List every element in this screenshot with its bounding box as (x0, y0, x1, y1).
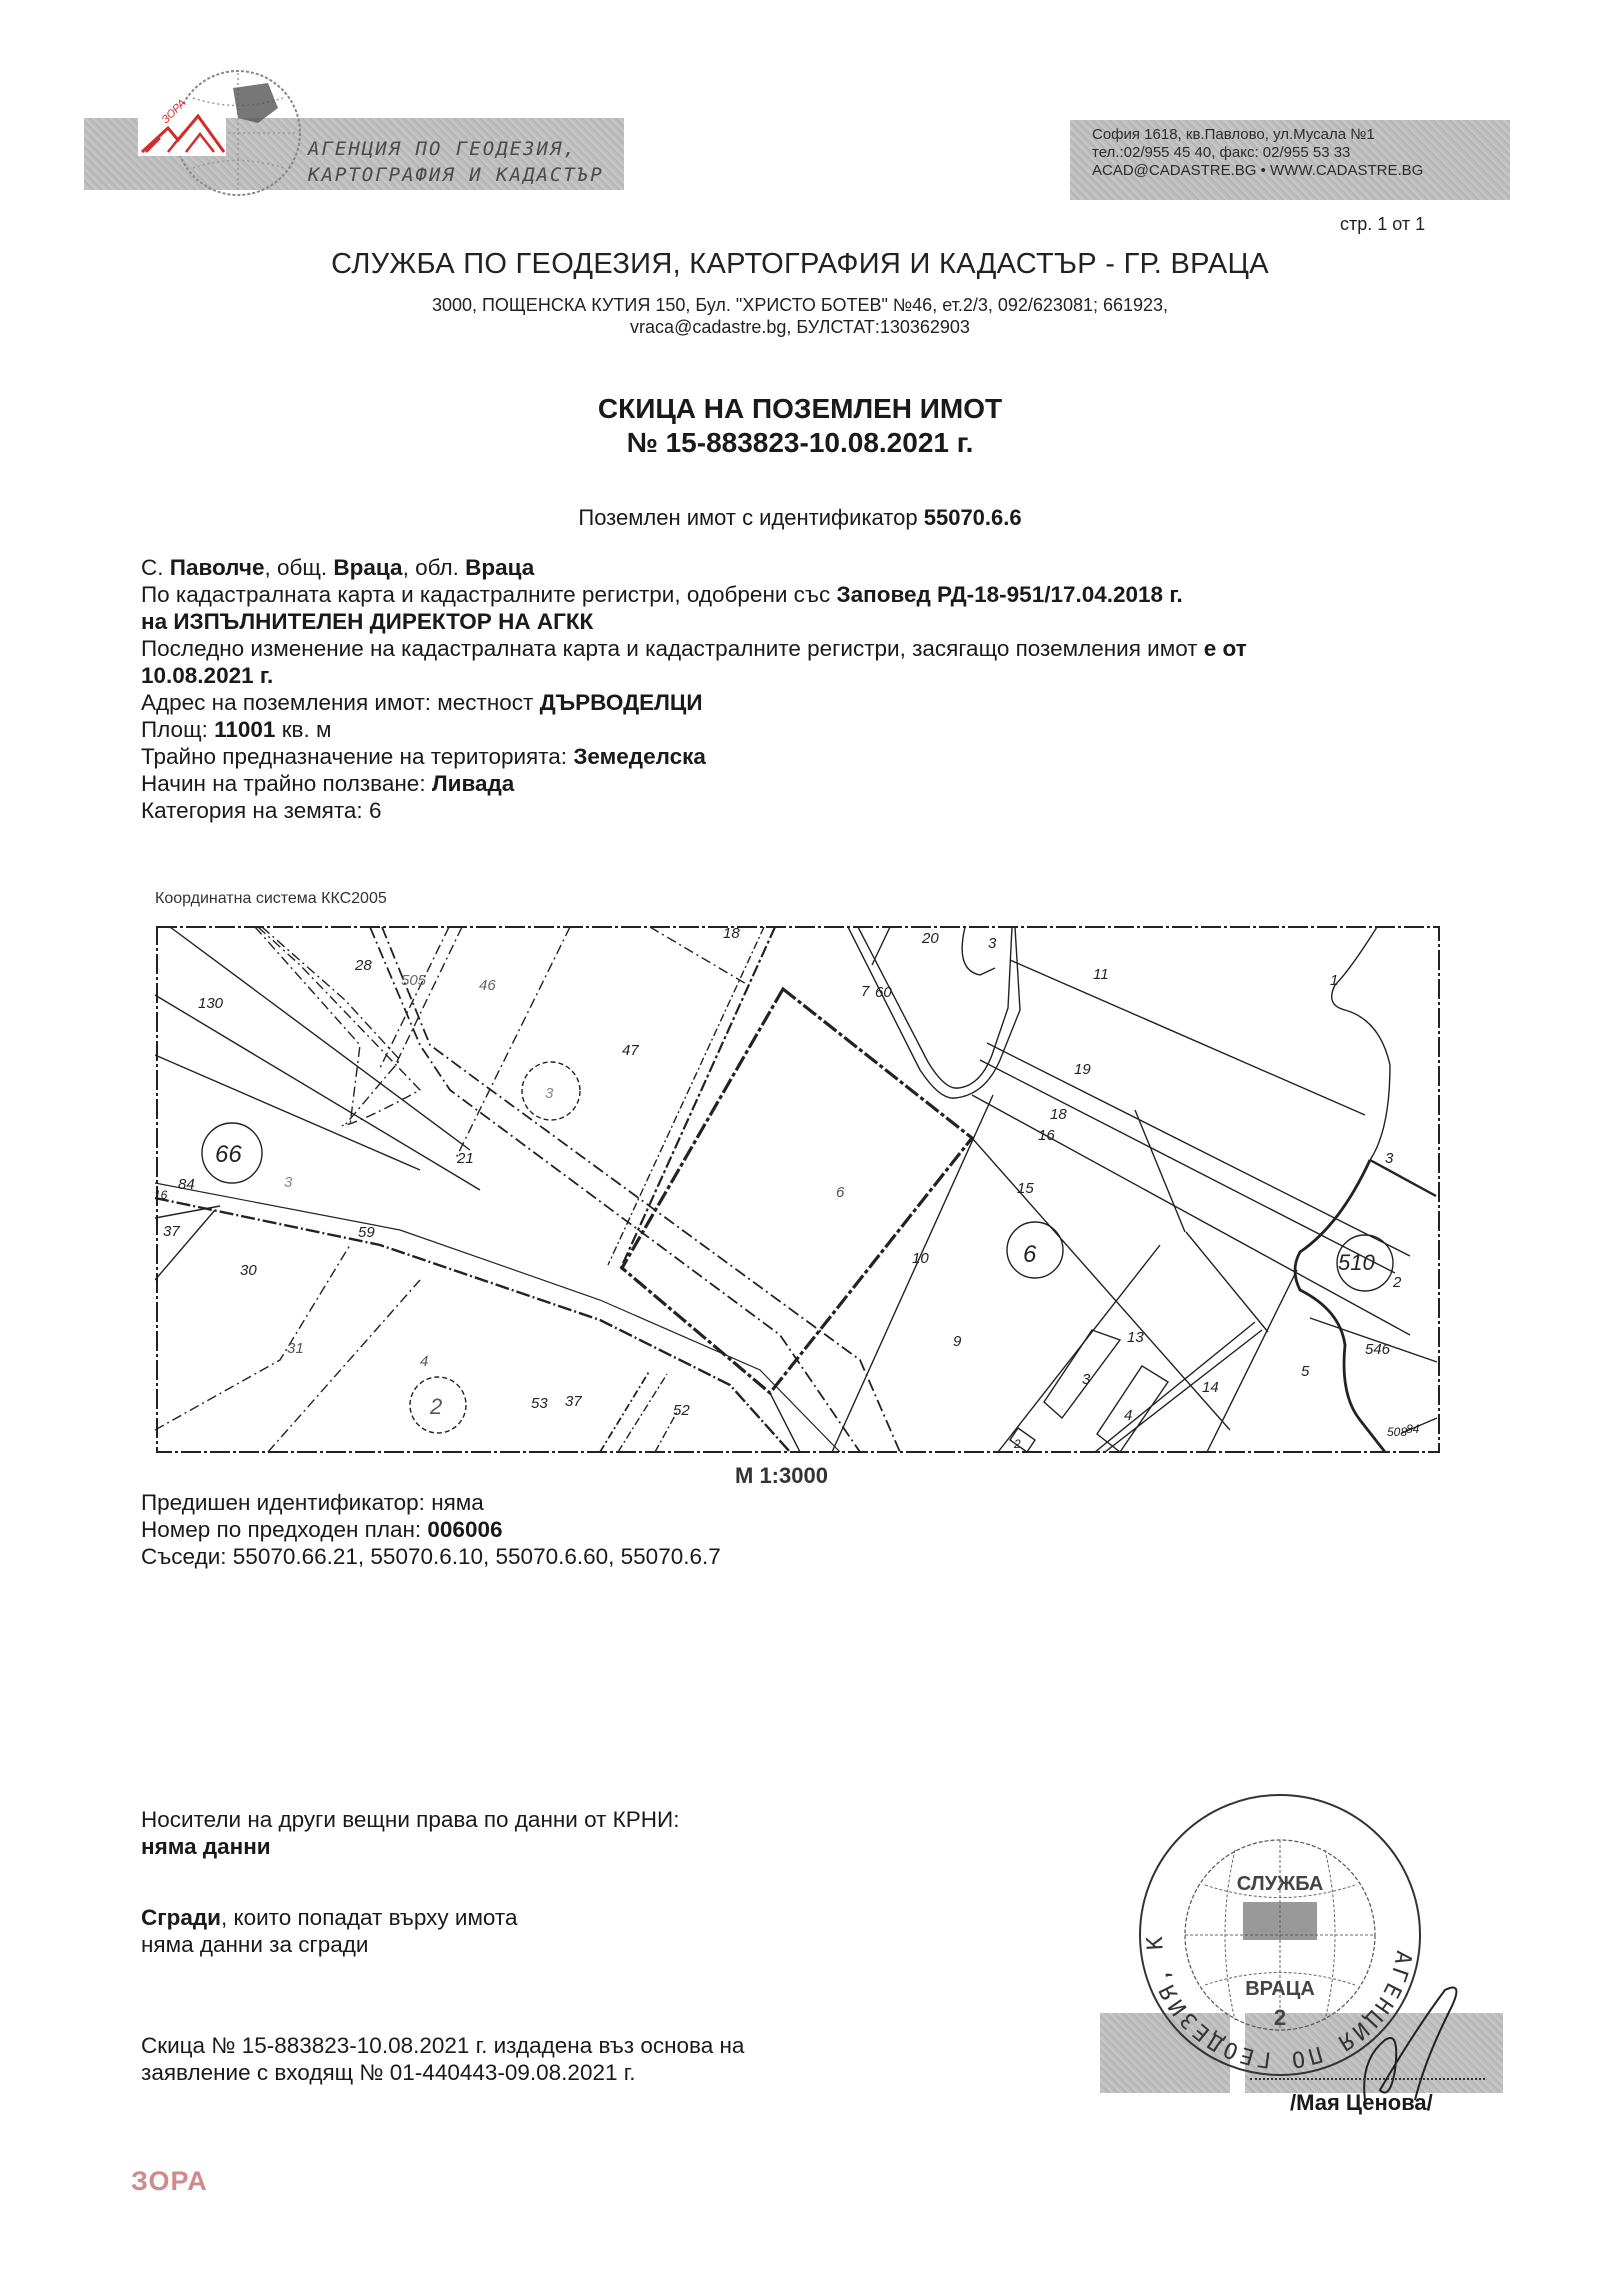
watermark-brand: ЗОРА (131, 2166, 208, 2197)
svg-text:59: 59 (358, 1224, 375, 1241)
village: Паволче (170, 555, 265, 580)
property-usage: Начин на трайно ползване: Ливада (141, 770, 1471, 797)
svg-text:19: 19 (1074, 1061, 1091, 1078)
neighbours-label: Съседи: (141, 1544, 227, 1569)
svg-text:510: 510 (1338, 1250, 1375, 1275)
last-change-date: 10.08.2021 г. (141, 662, 1471, 689)
svg-text:16: 16 (1038, 1127, 1055, 1144)
signature-scribble-icon (1355, 1970, 1485, 2110)
svg-text:7: 7 (861, 983, 870, 1000)
svg-text:28: 28 (354, 957, 372, 974)
rights-value: няма данни (141, 1834, 271, 1859)
svg-text:18: 18 (723, 925, 740, 942)
svg-text:6: 6 (1023, 1241, 1037, 1268)
svg-text:508: 508 (1387, 1425, 1407, 1439)
previous-plan-number: Номер по предходен план: 006006 (141, 1516, 1471, 1543)
svg-text:2: 2 (1392, 1274, 1402, 1291)
municipality-prefix: , общ. (264, 555, 327, 580)
svg-text:546: 546 (1365, 1341, 1391, 1358)
property-category-value: 6 (369, 798, 382, 823)
page-number: стр. 1 от 1 (1340, 214, 1425, 235)
approval-authority-text: на ИЗПЪЛНИТЕЛЕН ДИРЕКТОР НА АГКК (141, 609, 593, 634)
cadastral-map: 28 505 46 130 47 3 66 3 84 16 37 30 31 4… (155, 925, 1440, 1455)
previous-info: Предишен идентификатор: няма Номер по пр… (141, 1489, 1471, 1570)
globe-emblem-icon: ЗОРА (138, 68, 308, 208)
svg-text:3: 3 (1385, 1150, 1394, 1167)
signature-dotted-line (1250, 2078, 1485, 2080)
property-purpose: Трайно предназначение на територията: Зе… (141, 743, 1471, 770)
svg-text:3: 3 (1082, 1371, 1091, 1388)
svg-text:1: 1 (1330, 972, 1338, 989)
svg-text:505: 505 (401, 972, 427, 989)
coordinate-system: Координатна система ККС2005 (155, 890, 387, 908)
neighbours: Съседи: 55070.66.21, 55070.6.10, 55070.6… (141, 1543, 1471, 1570)
previous-identifier-label: Предишен идентификатор: (141, 1490, 425, 1515)
approval-authority: на ИЗПЪЛНИТЕЛЕН ДИРЕКТОР НА АГКК (141, 608, 1471, 635)
svg-text:13: 13 (1127, 1329, 1144, 1346)
approval-text: По кадастралната карта и кадастралните р… (141, 582, 830, 607)
property-purpose-label: Трайно предназначение на територията: (141, 744, 567, 769)
agency-name-line1: АГЕНЦИЯ ПО ГЕОДЕЗИЯ, (308, 136, 604, 162)
agency-logo: ЗОРА (138, 68, 288, 198)
svg-text:5: 5 (1301, 1363, 1310, 1380)
parcel-identifier-label: Поземлен имот с идентификатор (578, 505, 917, 530)
property-address-label: Адрес на поземления имот: местност (141, 690, 533, 715)
svg-text:4: 4 (1124, 1407, 1132, 1424)
village-prefix: С. (141, 555, 164, 580)
svg-text:18: 18 (1050, 1106, 1067, 1123)
svg-text:21: 21 (456, 1150, 474, 1167)
property-usage-label: Начин на трайно ползване: (141, 771, 426, 796)
svg-text:31: 31 (287, 1340, 304, 1357)
svg-text:15: 15 (1017, 1180, 1034, 1197)
svg-text:3: 3 (988, 935, 997, 952)
parcel-details: С. Паволче, общ. Враца, обл. Враца По ка… (141, 554, 1471, 824)
svg-text:53: 53 (531, 1395, 548, 1412)
svg-text:37: 37 (565, 1393, 582, 1410)
document-number: № 15-883823-10.08.2021 г. (0, 426, 1600, 460)
cadastral-map-drawing: 28 505 46 130 47 3 66 3 84 16 37 30 31 4… (155, 925, 1440, 1455)
svg-text:37: 37 (163, 1223, 180, 1240)
svg-text:47: 47 (622, 1042, 639, 1059)
svg-text:2: 2 (429, 1394, 442, 1419)
previous-plan-value: 006006 (427, 1517, 502, 1542)
svg-text:СЛУЖБА: СЛУЖБА (1237, 1873, 1324, 1895)
property-area-label: Площ: (141, 717, 208, 742)
location-line: С. Паволче, общ. Враца, обл. Враца (141, 554, 1471, 581)
last-change-connector: е от (1204, 636, 1247, 661)
svg-text:11: 11 (1093, 966, 1109, 983)
previous-identifier: Предишен идентификатор: няма (141, 1489, 1471, 1516)
contact-phone: тел.:02/955 45 40, факс: 02/955 53 33 (1092, 144, 1423, 162)
svg-text:2: 2 (1274, 2005, 1286, 2030)
map-scale: М 1:3000 (735, 1463, 828, 1489)
approval-line: По кадастралната карта и кадастралните р… (141, 581, 1471, 608)
svg-text:30: 30 (240, 1262, 257, 1279)
property-area-value: 11001 (214, 717, 275, 742)
svg-text:6: 6 (836, 1184, 845, 1201)
parcel-identifier-value: 55070.6.6 (924, 505, 1022, 530)
buildings-label-rest: , които попадат върху имота (221, 1905, 518, 1930)
signer-name: /Мая Ценова/ (1290, 2090, 1433, 2116)
office-address: 3000, ПОЩЕНСКА КУТИЯ 150, Бул. "ХРИСТО Б… (0, 294, 1600, 338)
document-title-text: СКИЦА НА ПОЗЕМЛЕН ИМОТ (0, 392, 1600, 426)
svg-text:84: 84 (178, 1176, 195, 1193)
svg-text:4: 4 (420, 1353, 428, 1370)
last-change-date-text: 10.08.2021 г. (141, 663, 273, 688)
municipality: Враца (333, 555, 402, 580)
svg-text:2: 2 (1013, 1437, 1021, 1451)
property-category-label: Категория на земята: (141, 798, 363, 823)
svg-text:52: 52 (673, 1402, 690, 1419)
parcel-identifier: Поземлен имот с идентификатор 55070.6.6 (0, 505, 1600, 531)
property-usage-value: Ливада (432, 771, 514, 796)
previous-plan-label: Номер по предходен план: (141, 1517, 421, 1542)
buildings-label-bold: Сгради (141, 1905, 221, 1930)
document-title: СКИЦА НА ПОЗЕМЛЕН ИМОТ № 15-883823-10.08… (0, 392, 1600, 460)
svg-text:3: 3 (545, 1085, 554, 1102)
svg-text:16: 16 (155, 1188, 168, 1202)
contact-address: София 1618, кв.Павлово, ул.Мусала №1 (1092, 126, 1423, 144)
svg-text:130: 130 (198, 995, 224, 1012)
last-change-line: Последно изменение на кадастралната карт… (141, 635, 1471, 662)
agency-name-line2: КАРТОГРАФИЯ И КАДАСТЪР (308, 162, 604, 188)
previous-identifier-value: няма (431, 1490, 484, 1515)
property-area: Площ: 11001 кв. м (141, 716, 1471, 743)
property-category: Категория на земята: 6 (141, 797, 1471, 824)
svg-text:9: 9 (953, 1333, 962, 1350)
office-title: СЛУЖБА ПО ГЕОДЕЗИЯ, КАРТОГРАФИЯ И КАДАСТ… (0, 248, 1600, 281)
svg-text:60: 60 (875, 984, 892, 1001)
property-area-unit: кв. м (282, 717, 332, 742)
region: Враца (465, 555, 534, 580)
region-prefix: , обл. (403, 555, 459, 580)
property-address-value: ДЪРВОДЕЛЦИ (540, 690, 703, 715)
svg-text:ВРАЦА: ВРАЦА (1245, 1978, 1315, 2000)
svg-text:66: 66 (215, 1141, 242, 1168)
svg-text:10: 10 (912, 1250, 929, 1267)
office-address-line1: 3000, ПОЩЕНСКА КУТИЯ 150, Бул. "ХРИСТО Б… (0, 294, 1600, 316)
svg-text:14: 14 (1202, 1379, 1219, 1396)
neighbours-value: 55070.66.21, 55070.6.10, 55070.6.60, 550… (233, 1544, 721, 1569)
property-purpose-value: Земеделска (573, 744, 706, 769)
contact-web: ACAD@CADASTRE.BG • WWW.CADASTRE.BG (1092, 162, 1423, 180)
last-change-text: Последно изменение на кадастралната карт… (141, 636, 1198, 661)
svg-text:20: 20 (921, 930, 939, 947)
agency-contacts: София 1618, кв.Павлово, ул.Мусала №1 тел… (1092, 126, 1423, 180)
agency-name: АГЕНЦИЯ ПО ГЕОДЕЗИЯ, КАРТОГРАФИЯ И КАДАС… (308, 136, 604, 188)
svg-text:46: 46 (479, 977, 496, 994)
svg-text:84: 84 (1406, 1422, 1420, 1436)
property-address: Адрес на поземления имот: местност ДЪРВО… (141, 689, 1471, 716)
svg-text:3: 3 (284, 1174, 293, 1191)
approval-order: Заповед РД-18-951/17.04.2018 г. (837, 582, 1183, 607)
office-address-line2: vraca@cadastre.bg, БУЛСТАТ:130362903 (0, 316, 1600, 338)
